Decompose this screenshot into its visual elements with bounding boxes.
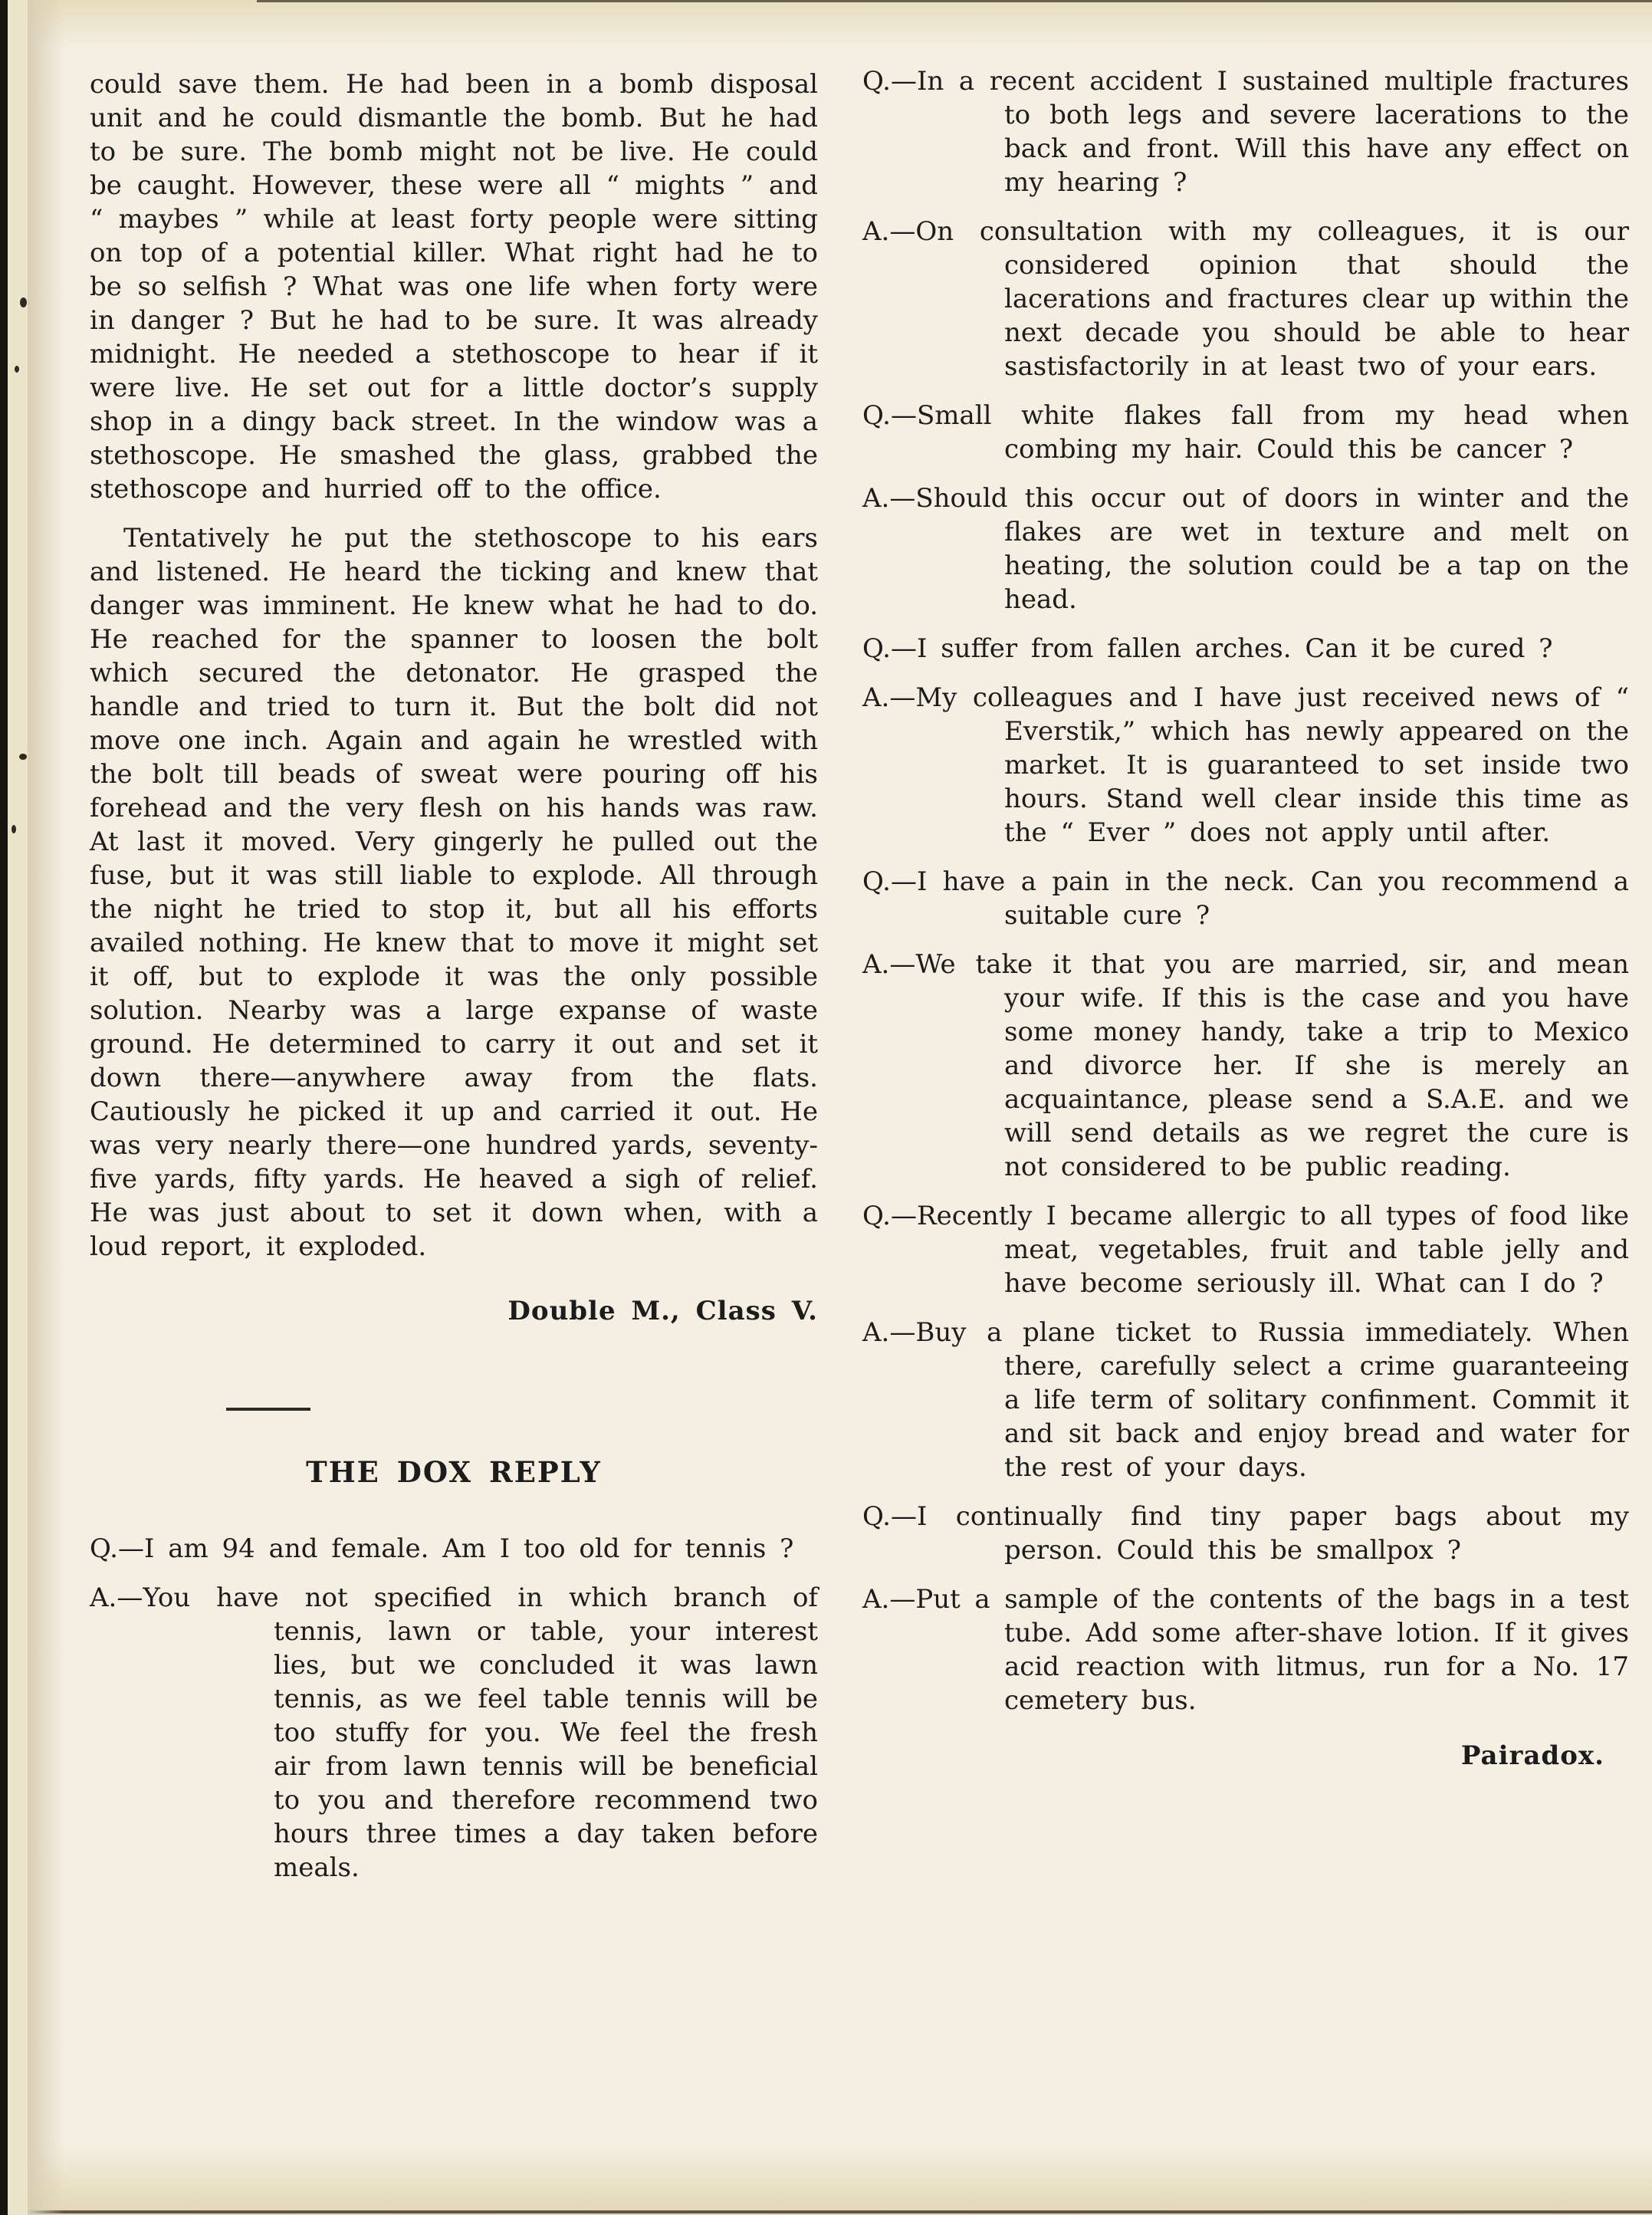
right-column: Q.—In a recent accident I sustained mult… — [862, 64, 1629, 1773]
qa-answer: A.—We take it that you are married, sir,… — [862, 948, 1629, 1184]
scan-edge-line-bottom — [23, 2210, 1652, 2213]
qa-answer: A.—Should this occur out of doors in win… — [862, 481, 1629, 616]
qa-answer: A.—My colleagues and I have just receive… — [862, 681, 1629, 850]
paper-speck — [19, 754, 27, 760]
qa-question: Q.—Recently I became allergic to all typ… — [862, 1199, 1629, 1300]
section-divider-rule — [226, 1408, 310, 1411]
qa-answer: A.—You have not specified in which branc… — [90, 1581, 818, 1885]
story-paragraph: Tentatively he put the stethoscope to hi… — [90, 521, 818, 1264]
paper-aging-top-band — [0, 0, 1652, 49]
scan-edge-line-top — [257, 0, 1652, 2]
qa-question: Q.—Small white flakes fall from my head … — [862, 399, 1629, 466]
qa-question: Q.—I have a pain in the neck. Can you re… — [862, 865, 1629, 932]
paper-speck — [15, 366, 19, 373]
qa-question: Q.—In a recent accident I sustained mult… — [862, 64, 1629, 199]
qa-question: Q.—I continually find tiny paper bags ab… — [862, 1500, 1629, 1567]
qa-answer: A.—On consultation with my colleagues, i… — [862, 215, 1629, 383]
left-column: could save them. He had been in a bomb d… — [90, 67, 818, 1885]
qa-answer: A.—Put a sample of the contents of the b… — [862, 1582, 1629, 1717]
qa-question: Q.—I suffer from fallen arches. Can it b… — [862, 632, 1629, 665]
qa-question: Q.—I am 94 and female. Am I too old for … — [90, 1532, 818, 1566]
page-binding-margin — [8, 0, 28, 2215]
page-binding-shadow — [28, 0, 64, 2215]
magazine-page: could save them. He had been in a bomb d… — [0, 0, 1652, 2215]
section-title: THE DOX REPLY — [90, 1455, 818, 1489]
page-binding-edge — [0, 0, 8, 2215]
column-signature: Pairadox. — [862, 1739, 1629, 1773]
story-paragraph: could save them. He had been in a bomb d… — [90, 67, 818, 506]
paper-speck — [20, 297, 27, 307]
story-signature: Double M., Class V. — [90, 1294, 818, 1328]
paper-speck — [11, 825, 16, 833]
paper-aging-bottom-band — [0, 2144, 1652, 2215]
qa-answer: A.—Buy a plane ticket to Russia immediat… — [862, 1316, 1629, 1484]
